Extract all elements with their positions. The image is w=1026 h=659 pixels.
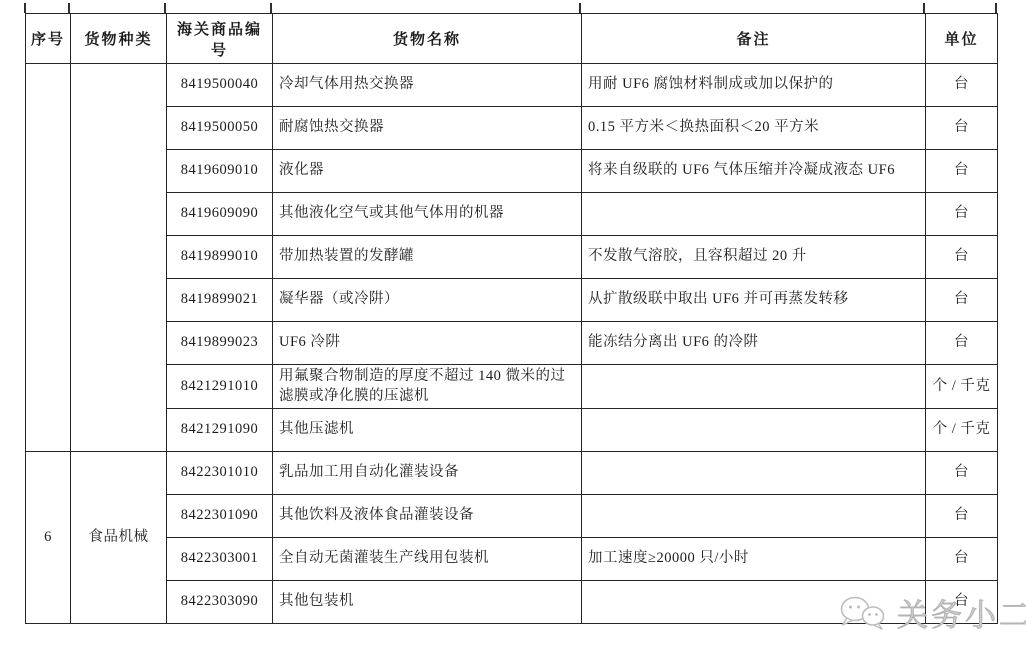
grid-line-stub: [995, 3, 997, 13]
grid-line-stub: [579, 3, 581, 13]
goods-name-cell: 用氟聚合物制造的厚度不超过 140 微米的过滤膜或净化膜的压滤机: [273, 365, 582, 409]
goods-name-cell: 全自动无菌灌装生产线用包装机: [273, 538, 582, 581]
hs-code-cell: 8421291010: [167, 365, 273, 409]
unit-cell: 台: [926, 495, 998, 538]
unit-cell: 台: [926, 279, 998, 322]
remark-cell: 能冻结分离出 UF6 的冷阱: [582, 322, 926, 365]
unit-cell: 台: [926, 581, 998, 624]
table-row: 8419500050耐腐蚀热交换器0.15 平方米＜换热面积＜20 平方米台: [26, 107, 998, 150]
unit-cell: 台: [926, 452, 998, 495]
unit-cell: 台: [926, 107, 998, 150]
unit-cell: 台: [926, 322, 998, 365]
header-seq: 序号: [26, 14, 71, 64]
table-row: 8422303090其他包装机台: [26, 581, 998, 624]
remark-cell: [582, 409, 926, 452]
remark-cell: 0.15 平方米＜换热面积＜20 平方米: [582, 107, 926, 150]
table-row: 8421291010用氟聚合物制造的厚度不超过 140 微米的过滤膜或净化膜的压…: [26, 365, 998, 409]
remark-cell: [582, 365, 926, 409]
goods-name-cell: 带加热装置的发酵罐: [273, 236, 582, 279]
remark-cell: [582, 495, 926, 538]
hs-code-cell: 8419609010: [167, 150, 273, 193]
goods-table: 序号 货物种类 海关商品编号 货物名称 备注 单位 8419500040冷却气体…: [25, 13, 998, 624]
table-row: 8419899010带加热装置的发酵罐不发散气溶胶，且容积超过 20 升台: [26, 236, 998, 279]
header-name: 货物名称: [273, 14, 582, 64]
table-row: 8419609010液化器将来自级联的 UF6 气体压缩并冷凝成液态 UF6台: [26, 150, 998, 193]
hs-code-cell: 8422303090: [167, 581, 273, 624]
remark-cell: 从扩散级联中取出 UF6 并可再蒸发转移: [582, 279, 926, 322]
table-row: 8419609090其他液化空气或其他气体用的机器台: [26, 193, 998, 236]
unit-cell: 台: [926, 538, 998, 581]
goods-name-cell: 其他液化空气或其他气体用的机器: [273, 193, 582, 236]
goods-table-body: 8419500040冷却气体用热交换器用耐 UF6 腐蚀材料制成或加以保护的台8…: [26, 64, 998, 624]
goods-name-cell: 凝华器（或冷阱）: [273, 279, 582, 322]
table-row: 8421291090其他压滤机个 / 千克: [26, 409, 998, 452]
goods-name-cell: 其他压滤机: [273, 409, 582, 452]
goods-table-header: 序号 货物种类 海关商品编号 货物名称 备注 单位: [26, 14, 998, 64]
remark-cell: 将来自级联的 UF6 气体压缩并冷凝成液态 UF6: [582, 150, 926, 193]
unit-cell: 个 / 千克: [926, 409, 998, 452]
grid-line-stub: [923, 3, 925, 13]
scanned-customs-goods-table-page: 序号 货物种类 海关商品编号 货物名称 备注 单位 8419500040冷却气体…: [0, 0, 1026, 659]
hs-code-cell: 8419899021: [167, 279, 273, 322]
table-row: 8419500040冷却气体用热交换器用耐 UF6 腐蚀材料制成或加以保护的台: [26, 64, 998, 107]
section-seq-cell: 6: [26, 452, 71, 624]
goods-name-cell: UF6 冷阱: [273, 322, 582, 365]
goods-name-cell: 耐腐蚀热交换器: [273, 107, 582, 150]
unit-cell: 台: [926, 64, 998, 107]
hs-code-cell: 8419609090: [167, 193, 273, 236]
header-category: 货物种类: [71, 14, 167, 64]
goods-name-cell: 其他饮料及液体食品灌装设备: [273, 495, 582, 538]
grid-line-stub: [270, 3, 272, 13]
section-category-cell: [71, 64, 167, 452]
header-code: 海关商品编号: [167, 14, 273, 64]
table-row: 8422303001全自动无菌灌装生产线用包装机加工速度≥20000 只/小时台: [26, 538, 998, 581]
table-row: 6食品机械8422301010乳品加工用自动化灌装设备台: [26, 452, 998, 495]
section-category-cell: 食品机械: [71, 452, 167, 624]
remark-cell: [582, 452, 926, 495]
unit-cell: 个 / 千克: [926, 365, 998, 409]
unit-cell: 台: [926, 193, 998, 236]
goods-name-cell: 乳品加工用自动化灌装设备: [273, 452, 582, 495]
grid-line-stub: [164, 3, 166, 13]
header-unit: 单位: [926, 14, 998, 64]
remark-cell: 不发散气溶胶，且容积超过 20 升: [582, 236, 926, 279]
header-remark: 备注: [582, 14, 926, 64]
hs-code-cell: 8419500040: [167, 64, 273, 107]
table-row: 8422301090其他饮料及液体食品灌装设备台: [26, 495, 998, 538]
unit-cell: 台: [926, 150, 998, 193]
goods-name-cell: 冷却气体用热交换器: [273, 64, 582, 107]
hs-code-cell: 8422303001: [167, 538, 273, 581]
remark-cell: 加工速度≥20000 只/小时: [582, 538, 926, 581]
goods-name-cell: 其他包装机: [273, 581, 582, 624]
remark-cell: [582, 581, 926, 624]
hs-code-cell: 8419899023: [167, 322, 273, 365]
section-seq-cell: [26, 64, 71, 452]
remark-cell: 用耐 UF6 腐蚀材料制成或加以保护的: [582, 64, 926, 107]
header-row: 序号 货物种类 海关商品编号 货物名称 备注 单位: [26, 14, 998, 64]
goods-name-cell: 液化器: [273, 150, 582, 193]
hs-code-cell: 8419500050: [167, 107, 273, 150]
grid-line-stub: [24, 3, 26, 13]
hs-code-cell: 8422301010: [167, 452, 273, 495]
grid-line-stub: [68, 3, 70, 13]
table-row: 8419899021凝华器（或冷阱）从扩散级联中取出 UF6 并可再蒸发转移台: [26, 279, 998, 322]
hs-code-cell: 8421291090: [167, 409, 273, 452]
table-row: 8419899023UF6 冷阱能冻结分离出 UF6 的冷阱台: [26, 322, 998, 365]
hs-code-cell: 8422301090: [167, 495, 273, 538]
hs-code-cell: 8419899010: [167, 236, 273, 279]
unit-cell: 台: [926, 236, 998, 279]
remark-cell: [582, 193, 926, 236]
